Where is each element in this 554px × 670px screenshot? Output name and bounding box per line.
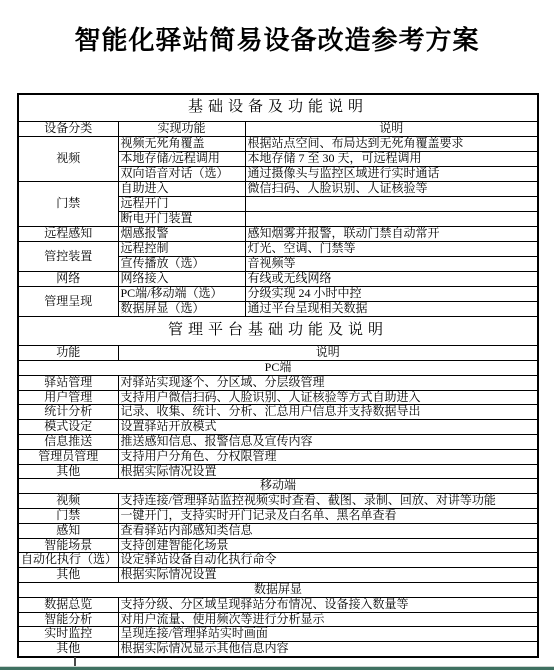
table-row: 智能场景 支持创建智能化场景 — [18, 538, 538, 553]
func-cell: 宣传播放（选） — [118, 257, 245, 272]
func-cell: 视频 — [18, 494, 118, 509]
subsection-header-datascreen: 数据屏显 — [18, 582, 538, 597]
desc-cell: 一键开门，支持实时开门记录及白名单、黑名单查看 — [118, 508, 538, 523]
func-cell: 管理员管理 — [18, 449, 118, 464]
table-row: 门禁 自助进入 微信扫码、人脸识别、人证核验等 — [18, 182, 538, 197]
func-cell: 烟感报警 — [118, 227, 245, 242]
desc-cell: 设置驿站开放模式 — [118, 420, 538, 435]
table-row: 统计分析 记录、收集、统计、分析、汇总用户信息并支持数据导出 — [18, 405, 538, 420]
func-cell: PC端/移动端（选） — [118, 287, 245, 302]
func-cell: 门禁 — [18, 508, 118, 523]
table-row: 智能分析 对用户流量、使用频次等进行分析显示 — [18, 612, 538, 627]
table-row: 驿站管理 对驿站实现逐个、分区域、分层级管理 — [18, 375, 538, 390]
func-cell: 智能分析 — [18, 612, 118, 627]
table-row: 数据总览 支持分级、分区域呈现驿站分布情况、设备接入数量等 — [18, 597, 538, 612]
table-row: 设备分类 实现功能 说明 — [18, 122, 538, 137]
desc-cell: 通过平台呈现相关数据 — [245, 302, 538, 317]
table-row: 视频 视频无死角覆盖 根据站点空间、布局达到无死角覆盖要求 — [18, 137, 538, 152]
func-cell: 自动化执行（选） — [18, 553, 118, 568]
table-row: 管理平台基础功能及说明 — [18, 317, 538, 346]
func-cell: 驿站管理 — [18, 375, 118, 390]
table-row: 基础设备及功能说明 — [18, 94, 538, 122]
section1-title: 基础设备及功能说明 — [18, 94, 538, 122]
desc-cell: 设定驿站设备自动化执行命令 — [118, 553, 538, 568]
table-row: 实时监控 呈现连接/管理驿站实时画面 — [18, 627, 538, 642]
func-cell: 其他 — [18, 642, 118, 657]
table-row: 感知 查看驿站内部感知类信息 — [18, 523, 538, 538]
desc-cell: 推送感知信息、报警信息及宣传内容 — [118, 434, 538, 449]
desc-cell: 根据实际情况设置 — [118, 464, 538, 479]
table-row: 其他 根据实际情况设置 — [18, 568, 538, 583]
table-row: 其他 根据实际情况设置 — [18, 464, 538, 479]
desc-cell — [245, 197, 538, 212]
func-cell: 感知 — [18, 523, 118, 538]
table-row: 信息推送 推送感知信息、报警信息及宣传内容 — [18, 434, 538, 449]
func-cell: 视频无死角覆盖 — [118, 137, 245, 152]
func-cell: 数据总览 — [18, 597, 118, 612]
column-header-desc: 说明 — [245, 122, 538, 137]
func-cell: 断电开门装置 — [118, 212, 245, 227]
desc-cell: 查看驿站内部感知类信息 — [118, 523, 538, 538]
desc-cell: 感知烟雾并报警，联动门禁自动常开 — [245, 227, 538, 242]
desc-cell: 本地存储 7 至 30 天，可远程调用 — [245, 152, 538, 167]
desc-cell: 呈现连接/管理驿站实时画面 — [118, 627, 538, 642]
category-cell: 管理呈现 — [18, 287, 118, 317]
desc-cell: 支持创建智能化场景 — [118, 538, 538, 553]
doc-title: 智能化驿站简易设备改造参考方案 — [0, 20, 554, 57]
table-row: 其他 根据实际情况显示其他信息内容 — [18, 642, 538, 657]
desc-cell: 灯光、空调、门禁等 — [245, 242, 538, 257]
table-row: 管理员管理 支持用户分角色、分权限管理 — [18, 449, 538, 464]
table-row: 远程感知 烟感报警 感知烟雾并报警，联动门禁自动常开 — [18, 227, 538, 242]
func-cell: 其他 — [18, 464, 118, 479]
desc-cell: 支持用户微信扫码、人脸识别、人证核验等方式自助进入 — [118, 390, 538, 405]
desc-cell: 根据站点空间、布局达到无死角覆盖要求 — [245, 137, 538, 152]
desc-cell: 根据实际情况显示其他信息内容 — [118, 642, 538, 657]
desc-cell: 根据实际情况设置 — [118, 568, 538, 583]
category-cell: 远程感知 — [18, 227, 118, 242]
table-row: 管控装置 远程控制 灯光、空调、门禁等 — [18, 242, 538, 257]
table-row: 用户管理 支持用户微信扫码、人脸识别、人证核验等方式自助进入 — [18, 390, 538, 405]
subsection-header-mobile: 移动端 — [18, 479, 538, 494]
func-cell: 远程开门 — [118, 197, 245, 212]
category-cell: 视频 — [18, 137, 118, 182]
func-cell: 模式设定 — [18, 420, 118, 435]
column-header-function: 功能 — [18, 346, 118, 361]
desc-cell: 有线或无线网络 — [245, 272, 538, 287]
func-cell: 智能场景 — [18, 538, 118, 553]
func-cell: 统计分析 — [18, 405, 118, 420]
equipment-and-platform-table: 基础设备及功能说明 设备分类 实现功能 说明 视频 视频无死角覆盖 根据站点空间… — [17, 93, 539, 658]
category-cell: 管控装置 — [18, 242, 118, 272]
table-row: PC端 — [18, 361, 538, 376]
desc-cell: 支持用户分角色、分权限管理 — [118, 449, 538, 464]
func-cell: 其他 — [18, 568, 118, 583]
category-cell: 网络 — [18, 272, 118, 287]
table-row: 网络 网络接入 有线或无线网络 — [18, 272, 538, 287]
column-header-category: 设备分类 — [18, 122, 118, 137]
table-row: 门禁 一键开门，支持实时开门记录及白名单、黑名单查看 — [18, 508, 538, 523]
section2-title: 管理平台基础功能及说明 — [18, 317, 538, 346]
table-row: 功能 说明 — [18, 346, 538, 361]
func-cell: 双向语音对话（选） — [118, 167, 245, 182]
desc-cell — [245, 212, 538, 227]
func-cell: 远程控制 — [118, 242, 245, 257]
func-cell: 实时监控 — [18, 627, 118, 642]
subsection-header-pc: PC端 — [18, 361, 538, 376]
table-row: 移动端 — [18, 479, 538, 494]
table-row: 数据屏显 — [18, 582, 538, 597]
cursor-artifact — [74, 657, 76, 666]
desc-cell: 对用户流量、使用频次等进行分析显示 — [118, 612, 538, 627]
table-row: 视频 支持连接/管理驿站监控视频实时查看、截图、录制、回放、对讲等功能 — [18, 494, 538, 509]
desc-cell: 通过摄像头与监控区域进行实时通话 — [245, 167, 538, 182]
desc-cell: 记录、收集、统计、分析、汇总用户信息并支持数据导出 — [118, 405, 538, 420]
func-cell: 信息推送 — [18, 434, 118, 449]
desc-cell: 对驿站实现逐个、分区域、分层级管理 — [118, 375, 538, 390]
func-cell: 本地存储/远程调用 — [118, 152, 245, 167]
column-header-function: 实现功能 — [118, 122, 245, 137]
table-row: 管理呈现 PC端/移动端（选） 分级实现 24 小时中控 — [18, 287, 538, 302]
column-header-desc: 说明 — [118, 346, 538, 361]
func-cell: 用户管理 — [18, 390, 118, 405]
func-cell: 自助进入 — [118, 182, 245, 197]
func-cell: 网络接入 — [118, 272, 245, 287]
table-row: 自动化执行（选） 设定驿站设备自动化执行命令 — [18, 553, 538, 568]
desc-cell: 支持分级、分区域呈现驿站分布情况、设备接入数量等 — [118, 597, 538, 612]
func-cell: 数据屏显（选） — [118, 302, 245, 317]
table-row: 模式设定 设置驿站开放模式 — [18, 420, 538, 435]
desc-cell: 微信扫码、人脸识别、人证核验等 — [245, 182, 538, 197]
desc-cell: 分级实现 24 小时中控 — [245, 287, 538, 302]
desc-cell: 支持连接/管理驿站监控视频实时查看、截图、录制、回放、对讲等功能 — [118, 494, 538, 509]
category-cell: 门禁 — [18, 182, 118, 227]
desc-cell: 音视频等 — [245, 257, 538, 272]
